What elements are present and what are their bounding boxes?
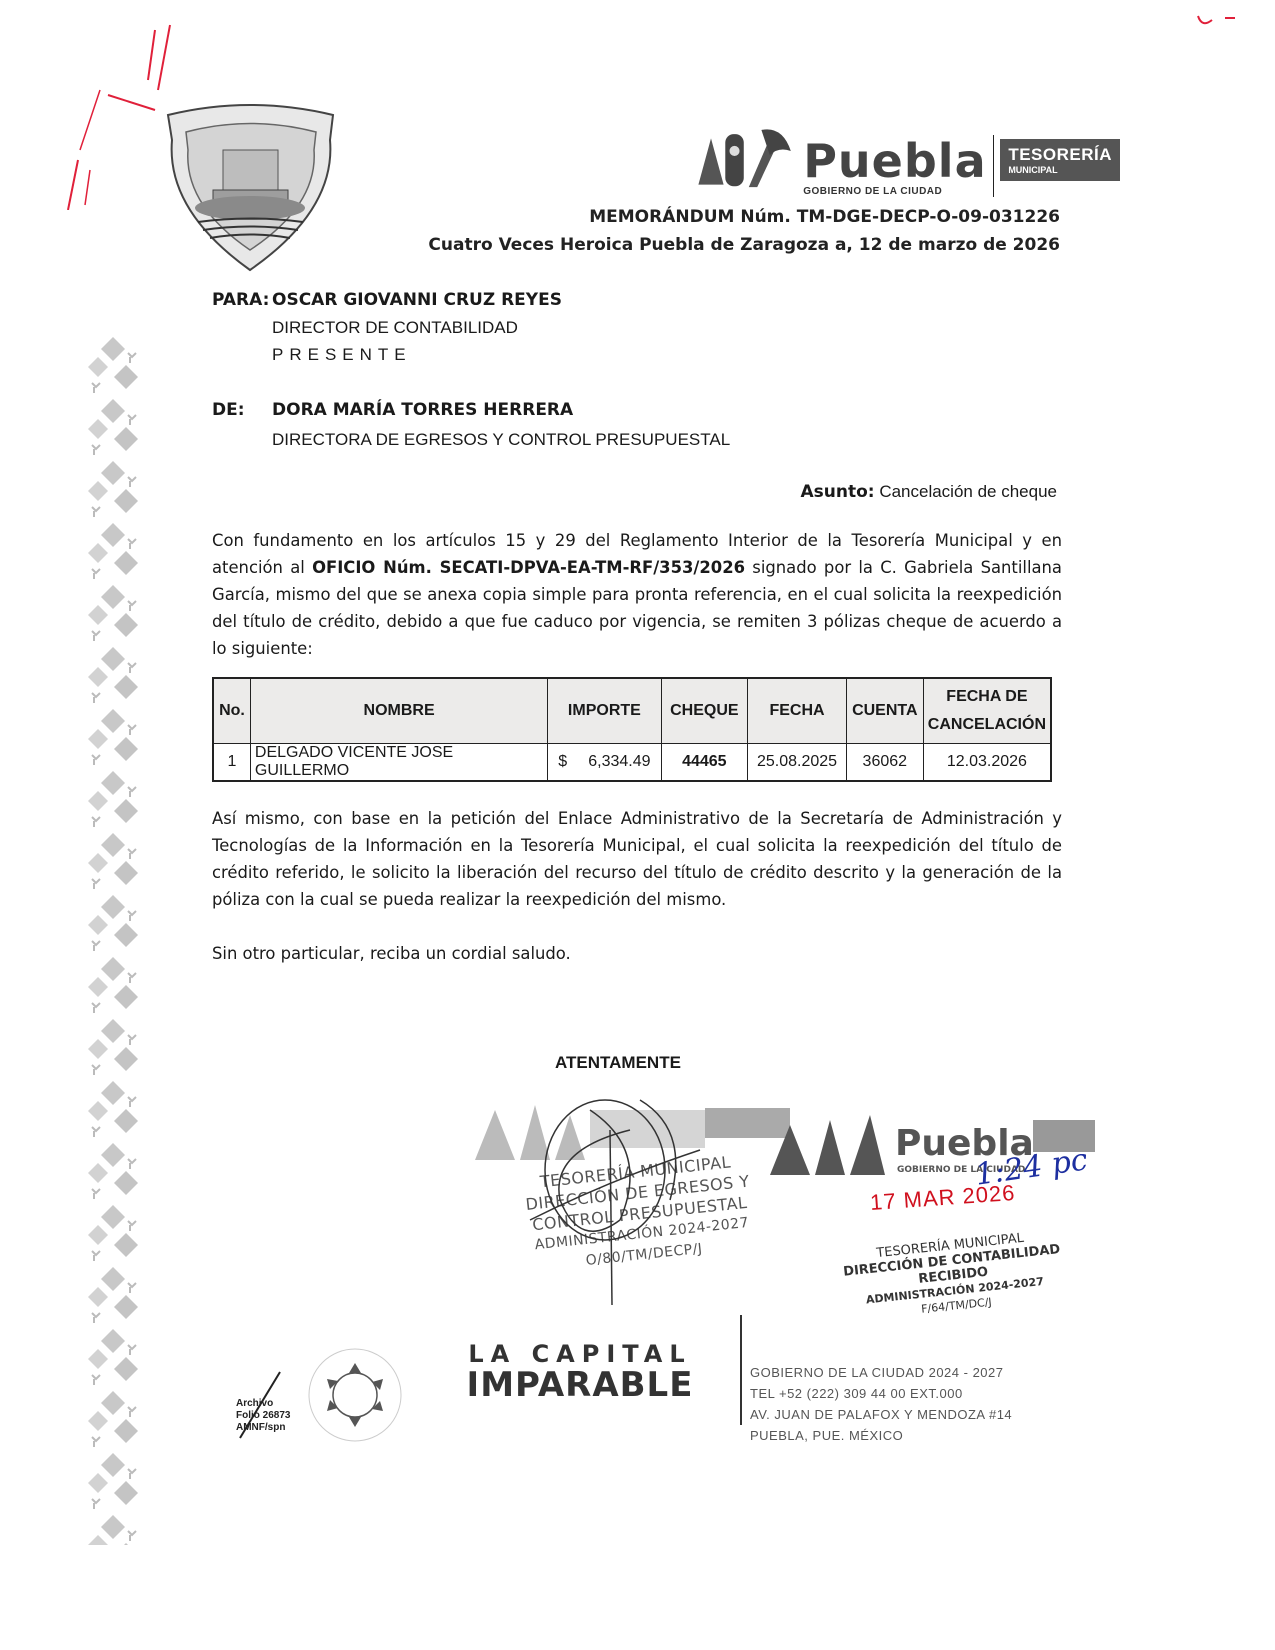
footer-phone: TEL +52 (222) 309 44 00 EXT.000 — [750, 1383, 1012, 1404]
cell-fecha-cancelacion: 12.03.2026 — [923, 744, 1051, 782]
red-pencil-mark — [1190, 8, 1250, 38]
col-header-no: No. — [213, 678, 250, 744]
logo-city-name: Puebla — [803, 138, 986, 184]
footer-city: PUEBLA, PUE. MÉXICO — [750, 1425, 1012, 1446]
col-header-fecha-cancelacion-line1: FECHA DE — [928, 688, 1046, 706]
logo-subtitle: GOBIERNO DE LA CIUDAD — [803, 186, 986, 197]
sender-block: DE: DORA MARÍA TORRES HERRERA DIRECTORA … — [212, 395, 730, 455]
cell-nombre: DELGADO VICENTE JOSE GUILLERMO — [250, 744, 547, 782]
tesoreria-subtitle: MUNICIPAL — [1008, 165, 1112, 175]
slogan-line1: LA CAPITAL — [440, 1340, 720, 1368]
memo-number: MEMORÁNDUM Núm. TM-DGE-DECP-O-09-031226 — [589, 207, 1060, 227]
oficio-reference: OFICIO Núm. SECATI-DPVA-EA-TM-RF/353/202… — [312, 558, 745, 577]
cell-currency: $ — [558, 753, 567, 771]
sender-title: DIRECTORA DE EGRESOS Y CONTROL PRESUPUES… — [212, 425, 730, 455]
body-paragraph-3: Sin otro particular, reciba un cordial s… — [212, 940, 1062, 967]
col-header-fecha: FECHA — [748, 678, 847, 744]
tesoreria-badge: TESORERÍA MUNICIPAL — [1000, 139, 1120, 181]
table-header-row: No. NOMBRE IMPORTE CHEQUE FECHA CUENTA F… — [213, 678, 1051, 744]
body-paragraph-1: Con fundamento en los artículos 15 y 29 … — [212, 527, 1062, 662]
table-row: 1 DELGADO VICENTE JOSE GUILLERMO $ 6,334… — [213, 744, 1051, 782]
slogan-line2: IMPARABLE — [440, 1368, 720, 1402]
col-header-cuenta: CUENTA — [846, 678, 923, 744]
signature — [520, 1090, 720, 1310]
recipient-presente: PRESENTE — [212, 341, 562, 368]
recipient-name: OSCAR GIOVANNI CRUZ REYES — [272, 287, 562, 314]
checks-table: No. NOMBRE IMPORTE CHEQUE FECHA CUENTA F… — [212, 677, 1052, 782]
puebla-emblem-icon — [690, 115, 799, 197]
archive-pen-stroke — [235, 1370, 285, 1440]
sender-name: DORA MARÍA TORRES HERRERA — [272, 395, 573, 425]
recipient-label: PARA: — [212, 287, 272, 314]
closing-atentamente: ATENTAMENTE — [555, 1053, 681, 1073]
cell-cheque: 44465 — [661, 744, 748, 782]
cell-fecha: 25.08.2025 — [748, 744, 847, 782]
sender-label: DE: — [212, 395, 272, 425]
subject-label: Asunto: — [800, 482, 874, 502]
recipient-block: PARA: OSCAR GIOVANNI CRUZ REYES DIRECTOR… — [212, 287, 562, 368]
footer-divider — [740, 1315, 742, 1425]
recipient-title: DIRECTOR DE CONTABILIDAD — [212, 314, 562, 341]
cell-importe: $ 6,334.49 — [548, 744, 661, 782]
subject-value: Cancelación de cheque — [879, 482, 1057, 501]
puebla-tesoreria-logo: Puebla GOBIERNO DE LA CIUDAD TESORERÍA M… — [690, 112, 1120, 197]
place-date: Cuatro Veces Heroica Puebla de Zaragoza … — [428, 235, 1060, 255]
footer-info-line1: GOBIERNO DE LA CIUDAD 2024 - 2027 — [750, 1362, 1012, 1383]
footer-address: AV. JUAN DE PALAFOX Y MENDOZA #14 — [750, 1404, 1012, 1425]
col-header-fecha-cancelacion: FECHA DE CANCELACIÓN — [923, 678, 1051, 744]
col-header-cheque: CHEQUE — [661, 678, 748, 744]
col-header-fecha-cancelacion-line2: CANCELACIÓN — [928, 716, 1046, 734]
logo-divider — [993, 135, 995, 197]
footer-contact-info: GOBIERNO DE LA CIUDAD 2024 - 2027 TEL +5… — [750, 1362, 1012, 1446]
col-header-nombre: NOMBRE — [250, 678, 547, 744]
cell-cuenta: 36062 — [846, 744, 923, 782]
cell-importe-value: 6,334.49 — [588, 753, 650, 771]
decorative-border — [82, 335, 144, 1545]
equality-seal-icon — [305, 1345, 405, 1445]
col-header-importe: IMPORTE — [548, 678, 661, 744]
cell-no: 1 — [213, 744, 250, 782]
subject-line: Asunto: Cancelación de cheque — [800, 482, 1057, 502]
body-paragraph-2: Así mismo, con base en la petición del E… — [212, 805, 1062, 913]
coat-of-arms-shield-icon — [158, 100, 343, 275]
contabilidad-stamp-text: TESORERÍA MUNICIPAL DIRECCIÓN DE CONTABI… — [840, 1227, 1067, 1325]
slogan: LA CAPITAL IMPARABLE — [440, 1340, 720, 1402]
tesoreria-title: TESORERÍA — [1008, 145, 1112, 165]
